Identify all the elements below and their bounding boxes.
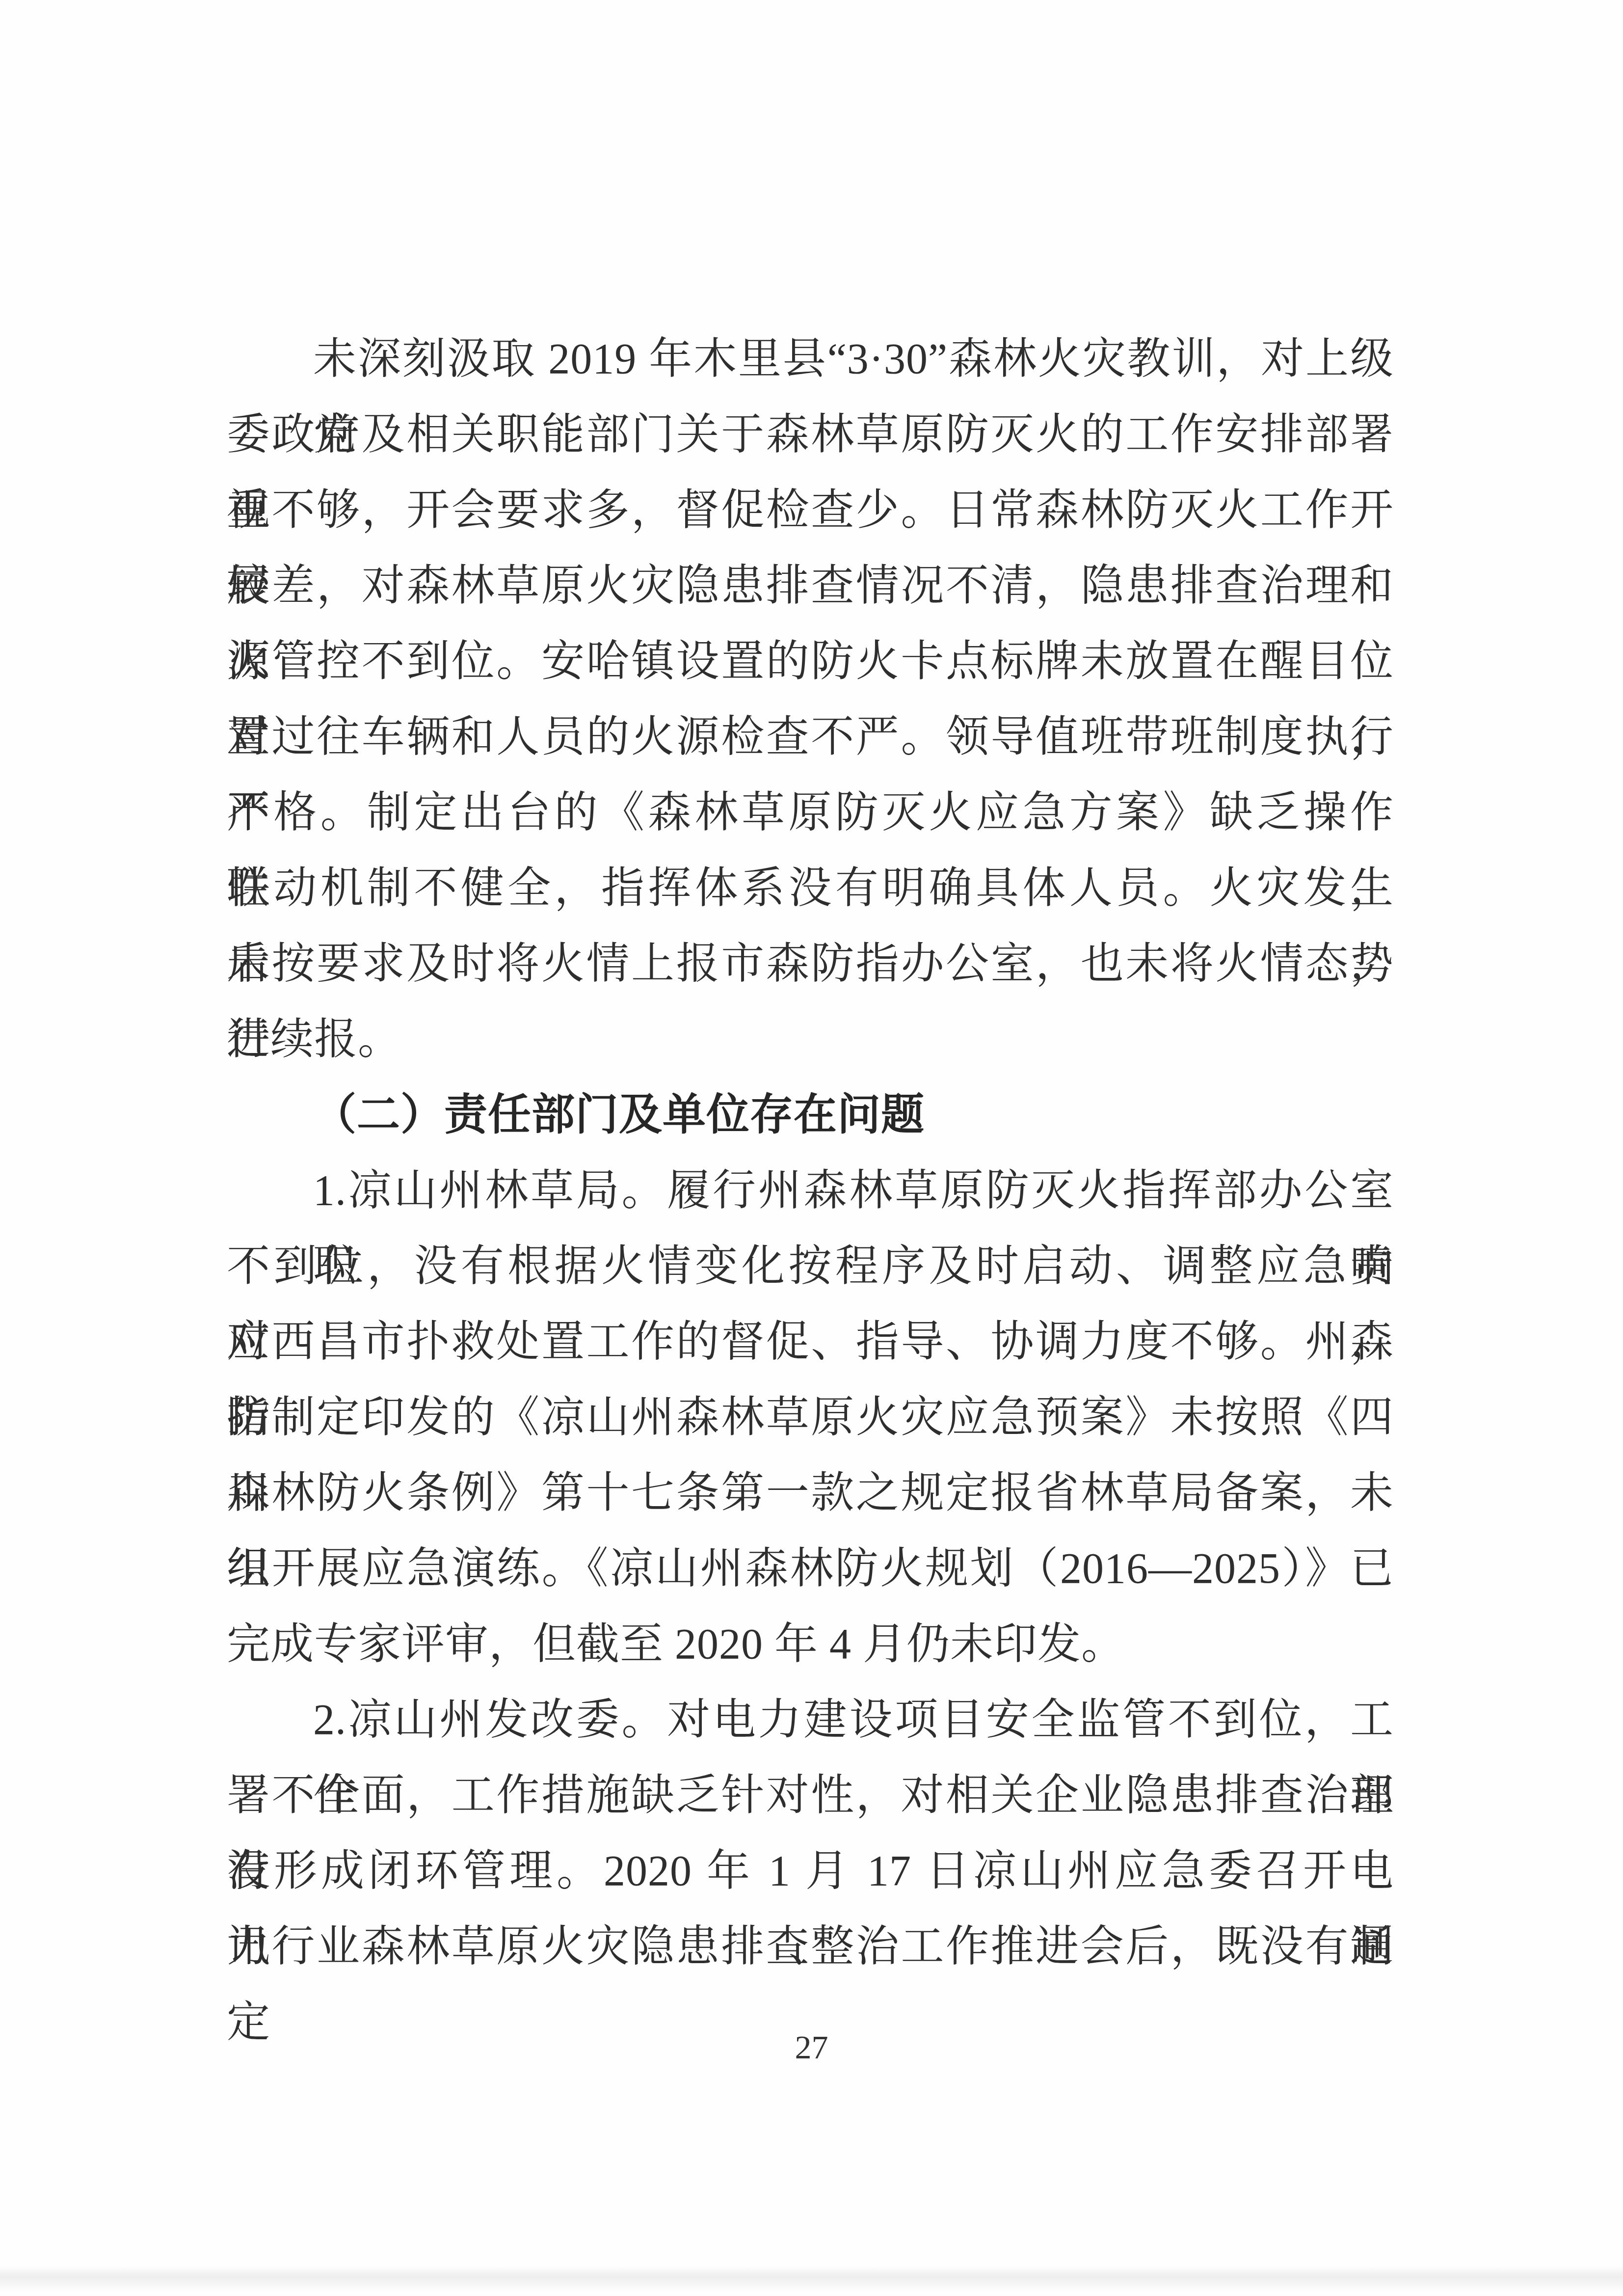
body-line: 2.凉山州发改委。对电力建设项目安全监管不到位，工作部 [227,1682,1394,1758]
body-line: 对西昌市扑救处置工作的督促、指导、协调力度不够。州森防 [227,1304,1394,1380]
body-line: 指制定印发的《凉山州森林草原火灾应急预案》未按照《四川 [227,1380,1394,1456]
section-heading: （二）责任部门及单位存在问题 [227,1078,1394,1153]
scan-artifact-band [0,2266,1623,2291]
body-line: 森林防火条例》第十七条第一款之规定报省林草局备案，未组 [227,1456,1394,1531]
body-line: 有形成闭环管理。2020 年 1 月 17 日凉山州应急委召开电力、通 [227,1834,1394,1909]
body-line: 较差，对森林草原火灾隐患排查情况不清，隐患排查治理和火 [227,548,1394,624]
body-line: 联动机制不健全，指挥体系没有明确具体人员。火灾发生后， [227,851,1394,926]
body-line: 行续报。 [227,1002,1394,1078]
body-line: 1.凉山州林草局。履行州森林草原防灭火指挥部办公室职责 [227,1153,1394,1229]
body-line: 委政府及相关职能部门关于森林草原防灭火的工作安排部署重 [227,397,1394,473]
page-number: 27 [0,2027,1623,2067]
body-line: 严格。制定出台的《森林草原防灭火应急方案》缺乏操作性， [227,775,1394,851]
body-line: 未按要求及时将火情上报市森防指办公室，也未将火情态势进 [227,926,1394,1002]
body-line: 署不全面，工作措施缺乏针对性，对相关企业隐患排查治理没 [227,1758,1394,1834]
body-line: 未深刻汲取 2019 年木里县“3·30”森林火灾教训，对上级党 [227,322,1394,397]
body-line: 源管控不到位。安哈镇设置的防火卡点标牌未放置在醒目位置， [227,624,1394,700]
body-line: 不到位，没有根据火情变化按程序及时启动、调整应急响应， [227,1229,1394,1304]
body-line: 织开展应急演练。《凉山州森林防火规划（2016—2025）》已 [227,1531,1394,1607]
document-page: 未深刻汲取 2019 年木里县“3·30”森林火灾教训，对上级党 委政府及相关职… [0,0,1623,2296]
document-text-block: 未深刻汲取 2019 年木里县“3·30”森林火灾教训，对上级党 委政府及相关职… [227,322,1394,1985]
body-line: 对过往车辆和人员的火源检查不严。领导值班带班制度执行不 [227,700,1394,775]
body-line: 视不够，开会要求多，督促检查少。日常森林防灭火工作开展 [227,473,1394,548]
body-line: 完成专家评审，但截至 2020 年 4 月仍未印发。 [227,1607,1394,1682]
body-line: 讯行业森林草原火灾隐患排查整治工作推进会后，既没有制定 [227,1909,1394,1985]
